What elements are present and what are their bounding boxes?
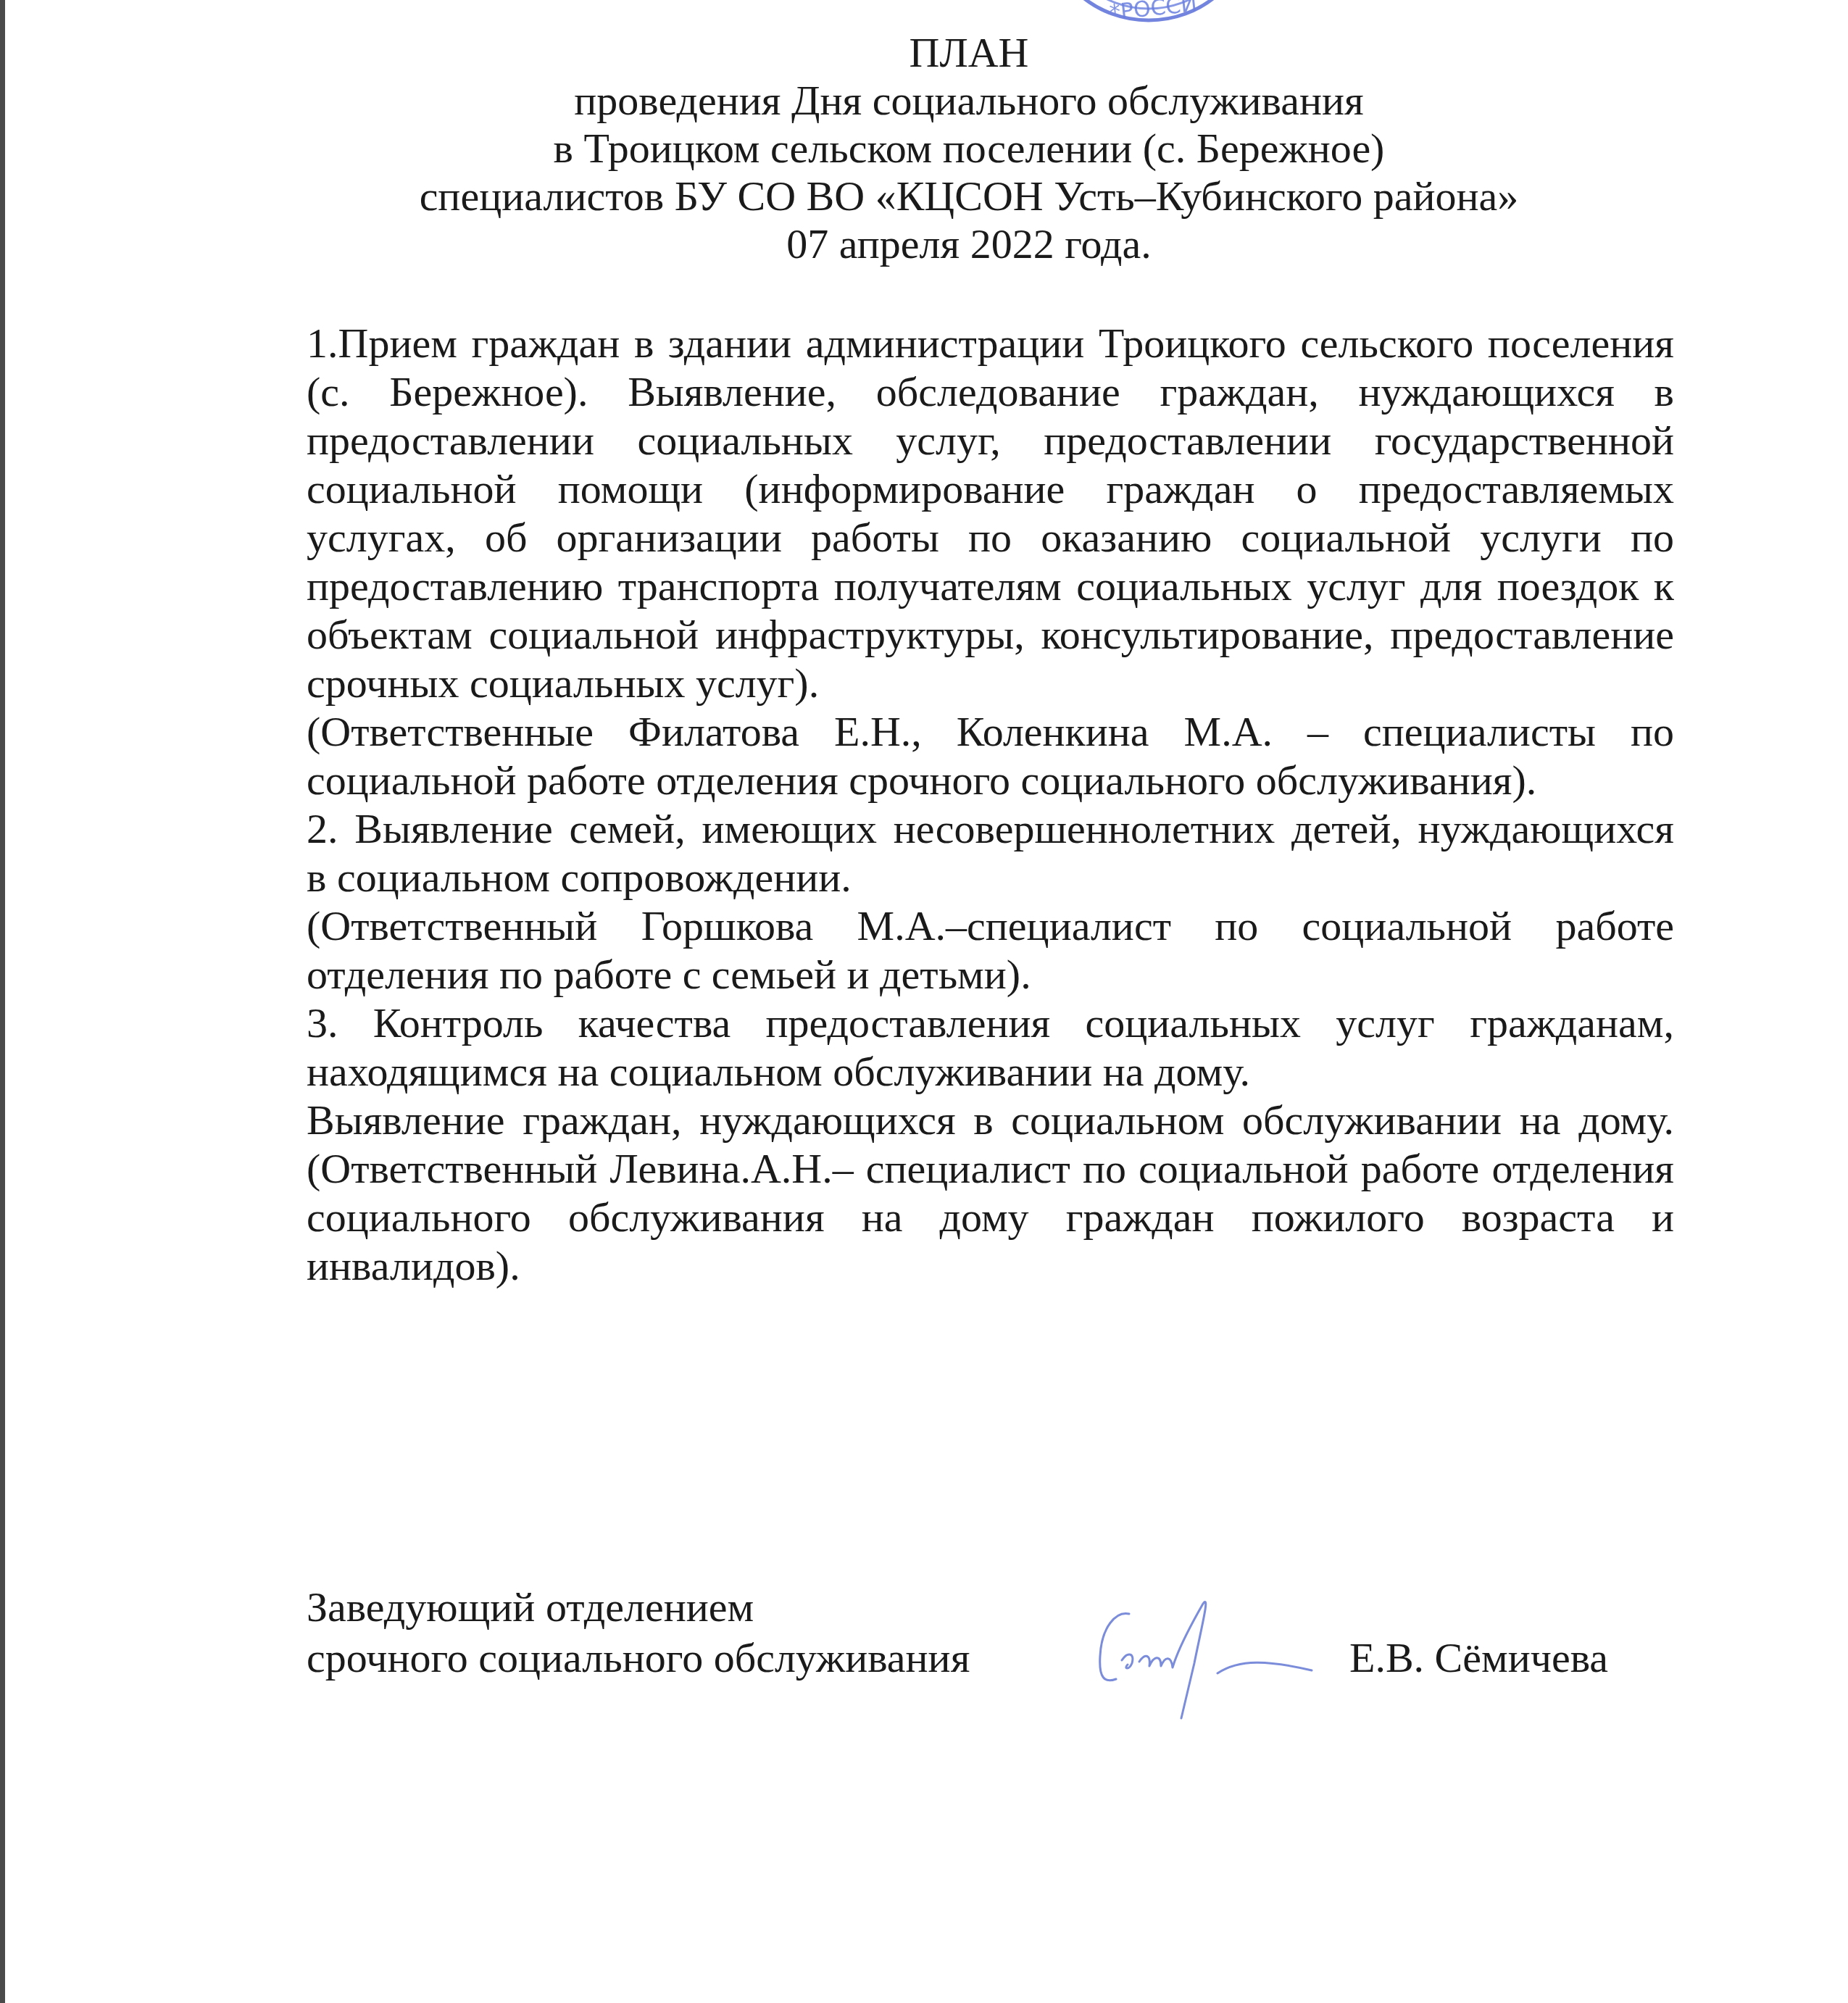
body-line: услугах, об организации работы по оказан… — [307, 513, 1674, 562]
body-line: 2. Выявление семей, имеющих несовершенно… — [307, 804, 1674, 853]
document-date: 07 апреля 2022 года. — [0, 220, 1848, 268]
subtitle-line: специалистов БУ СО ВО «КЦСОН Усть–Кубинс… — [0, 172, 1848, 220]
body-line: (Ответственный Горшкова М.А.–специалист … — [307, 901, 1674, 950]
scan-border — [0, 0, 5, 2003]
position-line: Заведующий отделением — [307, 1582, 970, 1633]
body-line: находящимся на социальном обслуживании н… — [307, 1047, 1674, 1096]
plan-body: 1.Прием граждан в здании администрации Т… — [307, 319, 1674, 1290]
body-line: Выявление граждан, нуждающихся в социаль… — [307, 1096, 1674, 1144]
official-stamp: *РОССИ — [1044, 0, 1254, 29]
body-line: 1.Прием граждан в здании администрации Т… — [307, 319, 1674, 367]
body-line: в социальном сопровождении. — [307, 853, 1674, 901]
body-line: предоставлению транспорта получателям со… — [307, 562, 1674, 610]
body-line: (Ответственный Левина.А.Н.– специалист п… — [307, 1144, 1674, 1193]
body-line: отделения по работе с семьей и детьми). — [307, 950, 1674, 999]
body-line: объектам социальной инфраструктуры, конс… — [307, 610, 1674, 659]
body-line: социальной работе отделения срочного соц… — [307, 756, 1674, 804]
position-line: срочного социального обслуживания — [307, 1633, 970, 1683]
body-line: социального обслуживания на дому граждан… — [307, 1193, 1674, 1241]
subtitle-line: проведения Дня социального обслуживания — [0, 77, 1848, 125]
document-title: ПЛАН — [0, 29, 1848, 77]
signatory-position: Заведующий отделением срочного социально… — [307, 1582, 970, 1683]
body-line: (Ответственные Филатова Е.Н., Коленкина … — [307, 707, 1674, 756]
signatory-name: Е.В. Сёмичева — [1349, 1633, 1608, 1683]
document-header: ПЛАН проведения Дня социального обслужив… — [0, 29, 1848, 268]
handwritten-signature — [1094, 1598, 1355, 1721]
body-line: срочных социальных услуг). — [307, 659, 1674, 707]
body-line: (с. Бережное). Выявление, обследование г… — [307, 367, 1674, 416]
subtitle-line: в Троицком сельском поселении (с. Бережн… — [0, 125, 1848, 172]
body-line: социальной помощи (информирование гражда… — [307, 465, 1674, 513]
body-line: 3. Контроль качества предоставления соци… — [307, 999, 1674, 1047]
body-line: предоставлении социальных услуг, предост… — [307, 416, 1674, 465]
body-line: инвалидов). — [307, 1241, 1674, 1290]
